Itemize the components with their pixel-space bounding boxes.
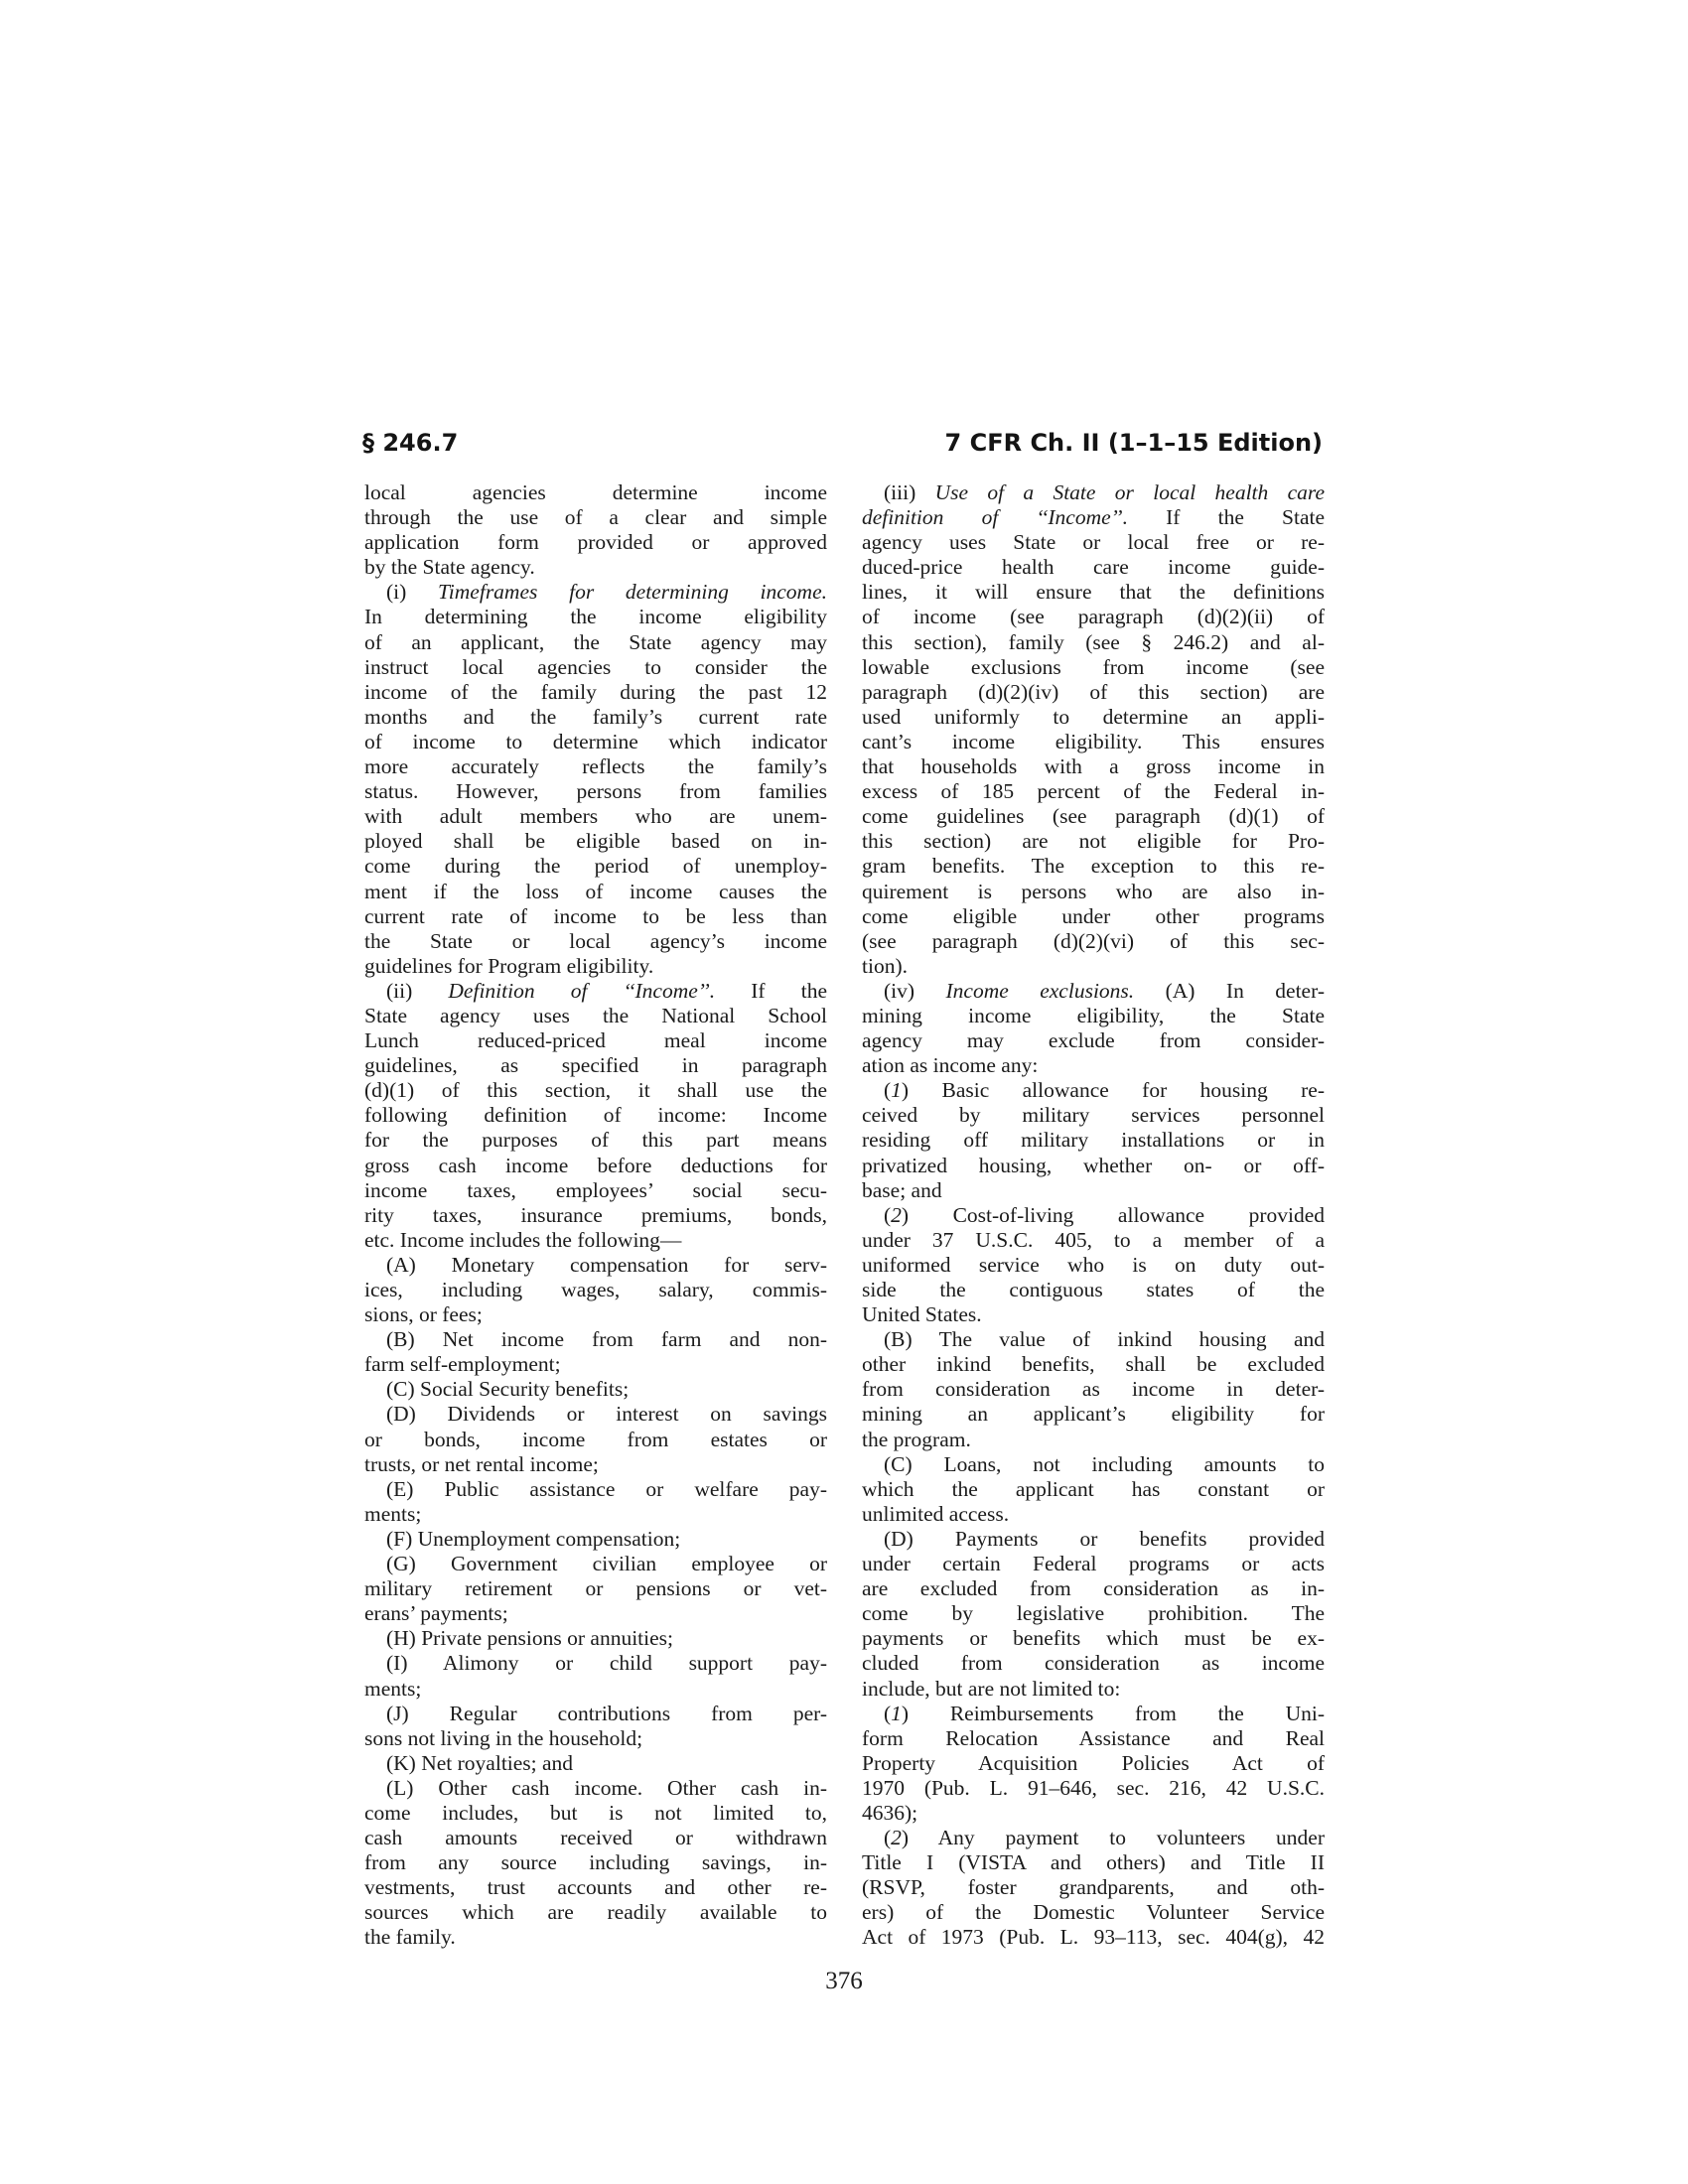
text-line: Property Acquisition Policies Act of [862, 1751, 1325, 1776]
text-line-body: of an applicant, the State agency may [364, 630, 827, 654]
text-line: cluded from consideration as income [862, 1651, 1325, 1676]
text-line: lowable exclusions from income (see [862, 655, 1325, 680]
text-line-body: (D) Payments or benefits provided [884, 1527, 1325, 1551]
text-line: mining income eligibility, the State [862, 1004, 1325, 1028]
text-line-body: mining income eligibility, the State [862, 1004, 1325, 1027]
text-line-body: (A) Monetary compensation for serv- [386, 1253, 827, 1277]
text-line: mining an applicant’s eligibility for [862, 1402, 1325, 1427]
text-line-body: (G) Government civilian employee or [386, 1552, 827, 1575]
text-line: include, but are not limited to: [862, 1677, 1325, 1702]
right-text-column: (iii) Use of a State or local health car… [862, 480, 1325, 1951]
text-line-body: following definition of income: Income [364, 1103, 827, 1127]
text-line-body: that households with a gross income in [862, 754, 1325, 778]
text-line-body: are excluded from consideration as in- [862, 1576, 1325, 1600]
text-line-body: the State or local agency’s income [364, 929, 827, 953]
text-line-body: mining an applicant’s eligibility for [862, 1402, 1325, 1426]
text-line: (2) Any payment to volunteers under [862, 1826, 1325, 1850]
text-line-body: this section) are not eligible for Pro- [862, 829, 1325, 853]
text-line-body: If the [715, 979, 827, 1003]
text-line-body: In determining the income eligibility [364, 605, 827, 628]
italic-heading: Definition of ‘‘Income’’. [448, 979, 715, 1003]
text-line: the family. [364, 1925, 827, 1950]
text-line-body: excess of 185 percent of the Federal in- [862, 779, 1325, 803]
text-line: (B) Net income from farm and non- [364, 1327, 827, 1352]
text-line-body: months and the family’s current rate [364, 705, 827, 729]
text-line-prefix: (iii) [884, 480, 935, 504]
text-line-body: (K) Net royalties; and [386, 1751, 573, 1775]
text-line: trusts, or net rental income; [364, 1452, 827, 1477]
text-line: instruct local agencies to consider the [364, 655, 827, 680]
text-line-body: Property Acquisition Policies Act of [862, 1751, 1325, 1775]
text-line: application form provided or approved [364, 530, 827, 555]
text-line-body: with adult members who are unem- [364, 804, 827, 828]
text-line: come during the period of unemploy- [364, 854, 827, 879]
text-line-body: (RSVP, foster grandparents, and oth- [862, 1875, 1325, 1899]
text-line: tion). [862, 954, 1325, 979]
text-line: (D) Dividends or interest on savings [364, 1402, 827, 1427]
text-line: come includes, but is not limited to, [364, 1801, 827, 1826]
text-line: 4636); [862, 1801, 1325, 1826]
text-line-body: guidelines, as specified in paragraph [364, 1053, 827, 1077]
text-line-body: ) Reimbursements from the Uni- [902, 1702, 1325, 1725]
text-line-body: State agency uses the National School [364, 1004, 827, 1027]
text-line-body: application form provided or approved [364, 530, 827, 554]
text-line: definition of ‘‘Income’’. If the State [862, 505, 1325, 530]
text-line: cant’s income eligibility. This ensures [862, 730, 1325, 754]
text-line: which the applicant has constant or [862, 1477, 1325, 1502]
text-line: ices, including wages, salary, commis- [364, 1278, 827, 1302]
text-line-body: more accurately reflects the family’s [364, 754, 827, 778]
text-line-body: privatized housing, whether on- or off- [862, 1154, 1325, 1177]
text-line: (1) Basic allowance for housing re- [862, 1078, 1325, 1103]
text-line-body: ceived by military services personnel [862, 1103, 1325, 1127]
text-line: gram benefits. The exception to this re- [862, 854, 1325, 879]
text-line: of an applicant, the State agency may [364, 630, 827, 655]
text-line-body: under certain Federal programs or acts [862, 1552, 1325, 1575]
text-line-body: come guidelines (see paragraph (d)(1) of [862, 804, 1325, 828]
text-line: unlimited access. [862, 1502, 1325, 1527]
text-line-body: income taxes, employees’ social secu- [364, 1178, 827, 1202]
text-line: through the use of a clear and simple [364, 505, 827, 530]
text-line: (I) Alimony or child support pay- [364, 1651, 827, 1676]
text-line-body: If the State [1128, 505, 1325, 529]
text-line: farm self-employment; [364, 1352, 827, 1377]
text-line-body: base; and [862, 1178, 942, 1202]
text-line: agency may exclude from consider- [862, 1028, 1325, 1053]
text-line-body: (L) Other cash income. Other cash in- [386, 1776, 827, 1800]
text-line: etc. Income includes the following— [364, 1228, 827, 1253]
text-line: sources which are readily available to [364, 1900, 827, 1925]
text-line-body: (B) The value of inkind housing and [884, 1327, 1325, 1351]
text-line: under 37 U.S.C. 405, to a member of a [862, 1228, 1325, 1253]
text-line-body: tion). [862, 954, 908, 978]
text-line-body: payments or benefits which must be ex- [862, 1626, 1325, 1650]
text-line-body: sources which are readily available to [364, 1900, 827, 1924]
text-line-body: Title I (VISTA and others) and Title II [862, 1850, 1325, 1874]
text-line: used uniformly to determine an appli- [862, 705, 1325, 730]
text-line: (see paragraph (d)(2)(vi) of this sec- [862, 929, 1325, 954]
text-line: that households with a gross income in [862, 754, 1325, 779]
text-line: with adult members who are unem- [364, 804, 827, 829]
text-line-body: local agencies determine income [364, 480, 827, 504]
text-line: duced-price health care income guide- [862, 555, 1325, 580]
text-line-body: guidelines for Program eligibility. [364, 954, 653, 978]
text-line-body: ) Any payment to volunteers under [902, 1826, 1325, 1849]
text-line-body: (F) Unemployment compensation; [386, 1527, 680, 1551]
text-line-body: ) Cost-of-living allowance provided [902, 1203, 1325, 1227]
text-line: (ii) Definition of ‘‘Income’’. If the [364, 979, 827, 1004]
text-line-prefix: (iv) [884, 979, 946, 1003]
text-line-body: sons not living in the household; [364, 1726, 642, 1750]
text-line: (iii) Use of a State or local health car… [862, 480, 1325, 505]
text-line: guidelines, as specified in paragraph [364, 1053, 827, 1078]
text-line-body: erans’ payments; [364, 1601, 508, 1625]
text-line-body: cant’s income eligibility. This ensures [862, 730, 1325, 753]
text-line: more accurately reflects the family’s [364, 754, 827, 779]
text-line-body: other inkind benefits, shall be excluded [862, 1352, 1325, 1376]
page-number: 376 [0, 1968, 1688, 1995]
text-line-body: military retirement or pensions or vet- [364, 1576, 827, 1600]
italic-heading: Use of a State or local health care [935, 480, 1325, 504]
text-line-body: Act of 1973 (Pub. L. 93–113, sec. 404(g)… [862, 1925, 1325, 1949]
text-line-body: unlimited access. [862, 1502, 1009, 1526]
text-line-body: agency may exclude from consider- [862, 1028, 1325, 1052]
text-line: residing off military installations or i… [862, 1128, 1325, 1153]
italic-heading: Income exclusions. [946, 979, 1135, 1003]
text-line-body: instruct local agencies to consider the [364, 655, 827, 679]
text-line: or bonds, income from estates or [364, 1428, 827, 1452]
text-line-body: ments; [364, 1677, 421, 1701]
text-line: guidelines for Program eligibility. [364, 954, 827, 979]
text-line: ment if the loss of income causes the [364, 880, 827, 904]
text-line-body: residing off military installations or i… [862, 1128, 1325, 1152]
text-line: form Relocation Assistance and Real [862, 1726, 1325, 1751]
text-line-body: sions, or fees; [364, 1302, 483, 1326]
text-line: are excluded from consideration as in- [862, 1576, 1325, 1601]
text-line: cash amounts received or withdrawn [364, 1826, 827, 1850]
text-line-body: of income to determine which indicator [364, 730, 827, 753]
text-line: income of the family during the past 12 [364, 680, 827, 705]
text-line: come guidelines (see paragraph (d)(1) of [862, 804, 1325, 829]
text-line: quirement is persons who are also in- [862, 880, 1325, 904]
text-line: (C) Social Security benefits; [364, 1377, 827, 1402]
text-line-body: or bonds, income from estates or [364, 1428, 827, 1451]
text-line: following definition of income: Income [364, 1103, 827, 1128]
text-line: of income to determine which indicator [364, 730, 827, 754]
text-line-body: lowable exclusions from income (see [862, 655, 1325, 679]
text-line: (A) Monetary compensation for serv- [364, 1253, 827, 1278]
text-line-body: agency uses State or local free or re- [862, 530, 1325, 554]
text-line-body: the family. [364, 1925, 456, 1949]
text-line: paragraph (d)(2)(iv) of this section) ar… [862, 680, 1325, 705]
text-line-body: Lunch reduced-priced meal income [364, 1028, 827, 1052]
text-line-body: side the contiguous states of the [862, 1278, 1325, 1301]
text-line-body: ments; [364, 1502, 421, 1526]
text-line: come by legislative prohibition. The [862, 1601, 1325, 1626]
text-line-body: paragraph (d)(2)(iv) of this section) ar… [862, 680, 1325, 704]
text-line: (B) The value of inkind housing and [862, 1327, 1325, 1352]
text-line-body: etc. Income includes the following— [364, 1228, 681, 1252]
text-line-body: rity taxes, insurance premiums, bonds, [364, 1203, 827, 1227]
text-line-body: ment if the loss of income causes the [364, 880, 827, 903]
text-line-body: trusts, or net rental income; [364, 1452, 599, 1476]
text-line-body: ers) of the Domestic Volunteer Service [862, 1900, 1325, 1924]
text-line: (D) Payments or benefits provided [862, 1527, 1325, 1552]
text-line-body: come during the period of unemploy- [364, 854, 827, 878]
text-line: (H) Private pensions or annuities; [364, 1626, 827, 1651]
text-line-body: ployed shall be eligible based on in- [364, 829, 827, 853]
text-line-body: used uniformly to determine an appli- [862, 705, 1325, 729]
text-line: ers) of the Domestic Volunteer Service [862, 1900, 1325, 1925]
text-line-body: gram benefits. The exception to this re- [862, 854, 1325, 878]
text-line: side the contiguous states of the [862, 1278, 1325, 1302]
text-line-body: (E) Public assistance or welfare pay- [386, 1477, 827, 1501]
text-line-body: which the applicant has constant or [862, 1477, 1325, 1501]
text-line: (d)(1) of this section, it shall use the [364, 1078, 827, 1103]
text-line-body: income of the family during the past 12 [364, 680, 827, 704]
text-line-body: (A) In deter- [1134, 979, 1325, 1003]
text-line: by the State agency. [364, 555, 827, 580]
text-line-body: through the use of a clear and simple [364, 505, 827, 529]
text-line: 1970 (Pub. L. 91–646, sec. 216, 42 U.S.C… [862, 1776, 1325, 1801]
text-line: from consideration as income in deter- [862, 1377, 1325, 1402]
italic-heading: 1 [891, 1702, 902, 1725]
text-line: (J) Regular contributions from per- [364, 1702, 827, 1726]
text-line: erans’ payments; [364, 1601, 827, 1626]
text-line: (C) Loans, not including amounts to [862, 1452, 1325, 1477]
italic-heading: Timeframes for determining income. [438, 580, 827, 604]
text-line: State agency uses the National School [364, 1004, 827, 1028]
text-line-body: gross cash income before deductions for [364, 1154, 827, 1177]
text-line-body: from any source including savings, in- [364, 1850, 827, 1874]
text-line-body: include, but are not limited to: [862, 1677, 1120, 1701]
text-line: lines, it will ensure that the definitio… [862, 580, 1325, 605]
text-line-body: duced-price health care income guide- [862, 555, 1325, 579]
text-line: (iv) Income exclusions. (A) In deter- [862, 979, 1325, 1004]
text-line-body: this section), family (see § 246.2) and … [862, 630, 1325, 654]
text-line: (2) Cost-of-living allowance provided [862, 1203, 1325, 1228]
text-line-prefix: (ii) [386, 979, 448, 1003]
text-line: (1) Reimbursements from the Uni- [862, 1702, 1325, 1726]
text-line-body: (d)(1) of this section, it shall use the [364, 1078, 827, 1102]
text-line: ments; [364, 1677, 827, 1702]
text-line-body: (C) Social Security benefits; [386, 1377, 629, 1401]
text-line: privatized housing, whether on- or off- [862, 1154, 1325, 1178]
text-line-body: of income (see paragraph (d)(2)(ii) of [862, 605, 1325, 628]
text-line: Title I (VISTA and others) and Title II [862, 1850, 1325, 1875]
text-line-body: status. However, persons from families [364, 779, 827, 803]
text-line-body: (D) Dividends or interest on savings [386, 1402, 827, 1426]
text-line: status. However, persons from families [364, 779, 827, 804]
text-line: months and the family’s current rate [364, 705, 827, 730]
text-line-body: under 37 U.S.C. 405, to a member of a [862, 1228, 1325, 1252]
text-line: of income (see paragraph (d)(2)(ii) of [862, 605, 1325, 629]
text-line: (L) Other cash income. Other cash in- [364, 1776, 827, 1801]
text-line: this section), family (see § 246.2) and … [862, 630, 1325, 655]
text-line: United States. [862, 1302, 1325, 1327]
text-line: the program. [862, 1428, 1325, 1452]
text-line-body: cash amounts received or withdrawn [364, 1826, 827, 1849]
text-line-body: come by legislative prohibition. The [862, 1601, 1325, 1625]
text-line: agency uses State or local free or re- [862, 530, 1325, 555]
italic-heading: 2 [891, 1826, 902, 1849]
text-line: from any source including savings, in- [364, 1850, 827, 1875]
text-line: local agencies determine income [364, 480, 827, 505]
text-line: gross cash income before deductions for [364, 1154, 827, 1178]
text-line-body: farm self-employment; [364, 1352, 561, 1376]
text-line: ceived by military services personnel [862, 1103, 1325, 1128]
text-line-body: United States. [862, 1302, 982, 1326]
text-line-body: lines, it will ensure that the definitio… [862, 580, 1325, 604]
text-line-body: uniformed service who is on duty out- [862, 1253, 1325, 1277]
text-line-body: vestments, trust accounts and other re- [364, 1875, 827, 1899]
text-line: income taxes, employees’ social secu- [364, 1178, 827, 1203]
text-line: (G) Government civilian employee or [364, 1552, 827, 1576]
left-text-column: local agencies determine incomethrough t… [364, 480, 827, 1951]
text-line: ployed shall be eligible based on in- [364, 829, 827, 854]
text-line: rity taxes, insurance premiums, bonds, [364, 1203, 827, 1228]
text-line: (K) Net royalties; and [364, 1751, 827, 1776]
running-title-header: 7 CFR Ch. II (1–1–15 Edition) [945, 429, 1323, 457]
text-line: this section) are not eligible for Pro- [862, 829, 1325, 854]
text-line: base; and [862, 1178, 1325, 1203]
text-line-body: 1970 (Pub. L. 91–646, sec. 216, 42 U.S.C… [862, 1776, 1325, 1800]
text-line: sons not living in the household; [364, 1726, 827, 1751]
text-line: current rate of income to be less than [364, 904, 827, 929]
text-line-body: ices, including wages, salary, commis- [364, 1278, 827, 1301]
text-line: payments or benefits which must be ex- [862, 1626, 1325, 1651]
text-line-body: current rate of income to be less than [364, 904, 827, 928]
text-line-body: by the State agency. [364, 555, 535, 579]
text-line-prefix: (i) [386, 580, 438, 604]
text-line: military retirement or pensions or vet- [364, 1576, 827, 1601]
text-line: under certain Federal programs or acts [862, 1552, 1325, 1576]
text-line-body: come eligible under other programs [862, 904, 1325, 928]
text-line: In determining the income eligibility [364, 605, 827, 629]
text-line: other inkind benefits, shall be excluded [862, 1352, 1325, 1377]
text-line: come eligible under other programs [862, 904, 1325, 929]
text-line-body: (B) Net income from farm and non- [386, 1327, 827, 1351]
text-line-body: (see paragraph (d)(2)(vi) of this sec- [862, 929, 1325, 953]
text-line-body: the program. [862, 1428, 971, 1451]
text-line-body: from consideration as income in deter- [862, 1377, 1325, 1401]
text-line-body: for the purposes of this part means [364, 1128, 827, 1152]
text-line: ments; [364, 1502, 827, 1527]
text-line-body: (C) Loans, not including amounts to [884, 1452, 1325, 1476]
document-page: § 246.7 7 CFR Ch. II (1–1–15 Edition) lo… [0, 0, 1688, 2184]
text-line: (RSVP, foster grandparents, and oth- [862, 1875, 1325, 1900]
text-line: Lunch reduced-priced meal income [364, 1028, 827, 1053]
text-line: for the purposes of this part means [364, 1128, 827, 1153]
text-line: vestments, trust accounts and other re- [364, 1875, 827, 1900]
text-line-body: ) Basic allowance for housing re- [902, 1078, 1325, 1102]
text-line-body: come includes, but is not limited to, [364, 1801, 827, 1825]
text-line-body: quirement is persons who are also in- [862, 880, 1325, 903]
text-line-body: (J) Regular contributions from per- [386, 1702, 827, 1725]
section-number-header: § 246.7 [362, 429, 458, 457]
text-line: (F) Unemployment compensation; [364, 1527, 827, 1552]
italic-heading: 2 [891, 1203, 902, 1227]
text-line-body: (H) Private pensions or annuities; [386, 1626, 673, 1650]
text-line-body: cluded from consideration as income [862, 1651, 1325, 1675]
text-line-body: 4636); [862, 1801, 917, 1825]
text-line: (i) Timeframes for determining income. [364, 580, 827, 605]
text-line: (E) Public assistance or welfare pay- [364, 1477, 827, 1502]
text-line: uniformed service who is on duty out- [862, 1253, 1325, 1278]
text-line: the State or local agency’s income [364, 929, 827, 954]
text-line: excess of 185 percent of the Federal in- [862, 779, 1325, 804]
text-line: Act of 1973 (Pub. L. 93–113, sec. 404(g)… [862, 1925, 1325, 1950]
italic-heading: 1 [891, 1078, 902, 1102]
italic-heading: definition of ‘‘Income’’. [862, 505, 1128, 529]
text-line: sions, or fees; [364, 1302, 827, 1327]
text-line-body: ation as income any: [862, 1053, 1038, 1077]
text-line-body: (I) Alimony or child support pay- [386, 1651, 827, 1675]
text-line: ation as income any: [862, 1053, 1325, 1078]
text-line-body: form Relocation Assistance and Real [862, 1726, 1325, 1750]
